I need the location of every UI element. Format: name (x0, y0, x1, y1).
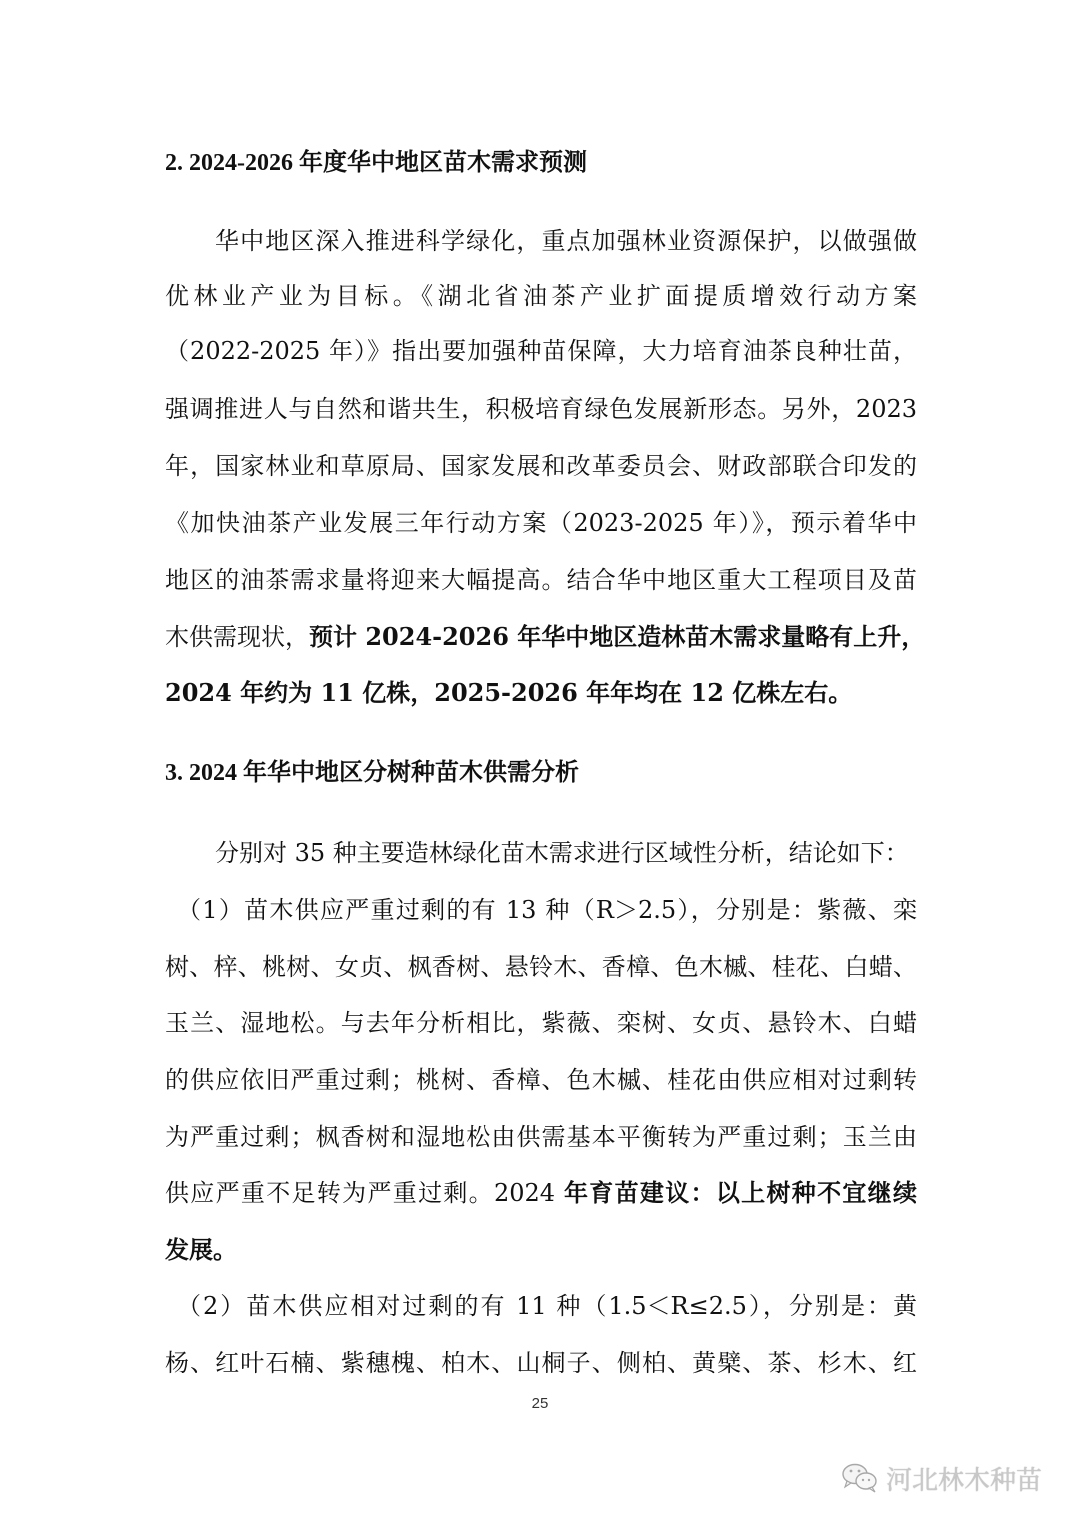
item-1-line: 为严重过剩；枫香树和湿地松由供需基本平衡转为严重过剩；玉兰由 (165, 1122, 917, 1152)
item-1-line-mixed: 供应严重不足转为严重过剩。2024 年育苗建议：以上树种不宜继续 (165, 1178, 917, 1208)
item-1-line: 玉兰、湿地松。与去年分析相比，紫薇、栾树、女贞、悬铃木、白蜡 (165, 1008, 917, 1038)
paragraph-line: 强调推进人与自然和谐共生，积极培育绿色发展新形态。另外，2023 (165, 394, 917, 424)
page-number: 25 (0, 1395, 1080, 1412)
plain-text: 供应严重不足转为严重过剩。2024 (165, 1179, 564, 1207)
item-2-line: 杨、红叶石楠、紫穗槐、柏木、山桐子、侧柏、黄檗、茶、杉木、红 (165, 1348, 917, 1378)
bold-forecast-line: 2024 年约为 11 亿株，2025-2026 年年均在 12 亿株左右。 (165, 678, 917, 708)
plain-text: 木供需现状， (165, 623, 309, 651)
watermark: 河北林木种苗 (840, 1458, 1042, 1498)
paragraph-line: 年，国家林业和草原局、国家发展和改革委员会、财政部联合印发的 (165, 451, 917, 481)
section-3-heading: 3. 2024 年华中地区分树种苗木供需分析 (165, 758, 579, 788)
paragraph-line: （2022-2025 年）》指出要加强种苗保障，大力培育油茶良种壮苗， (165, 336, 917, 366)
bold-suggestion-line: 发展。 (165, 1235, 917, 1265)
bold-forecast-text: 预计 2024-2026 年华中地区造林苗木需求量略有上升， (309, 622, 925, 651)
watermark-text: 河北林木种苗 (886, 1460, 1042, 1497)
item-1-line: （1）苗木供应严重过剩的有 13 种（R＞2.5），分别是：紫薇、栾 (177, 895, 917, 925)
paragraph-line: 地区的油茶需求量将迎来大幅提高。结合华中地区重大工程项目及苗 (165, 565, 917, 595)
wechat-icon (840, 1462, 880, 1494)
paragraph-line-mixed: 木供需现状，预计 2024-2026 年华中地区造林苗木需求量略有上升， (165, 622, 917, 652)
paragraph-line: 《加快油茶产业发展三年行动方案（2023-2025 年）》，预示着华中 (165, 508, 917, 538)
paragraph-line: 优林业产业为目标。《湖北省油茶产业扩面提质增效行动方案 (165, 281, 917, 311)
bold-suggestion-text: 年育苗建议：以上树种不宜继续 (564, 1179, 917, 1207)
item-1-line: 的供应依旧严重过剩；桃树、香樟、色木槭、桂花由供应相对过剩转 (165, 1065, 917, 1095)
paragraph-line: 华中地区深入推进科学绿化，重点加强林业资源保护，以做强做 (215, 226, 917, 256)
section-2-heading: 2. 2024-2026 年度华中地区苗木需求预测 (165, 148, 587, 178)
intro-line: 分别对 35 种主要造林绿化苗木需求进行区域性分析，结论如下： (215, 838, 917, 868)
item-1-line: 树、梓、桃树、女贞、枫香树、悬铃木、香樟、色木槭、桂花、白蜡、 (165, 952, 917, 982)
item-2-line: （2）苗木供应相对过剩的有 11 种（1.5＜R≤2.5），分别是：黄 (177, 1291, 917, 1321)
